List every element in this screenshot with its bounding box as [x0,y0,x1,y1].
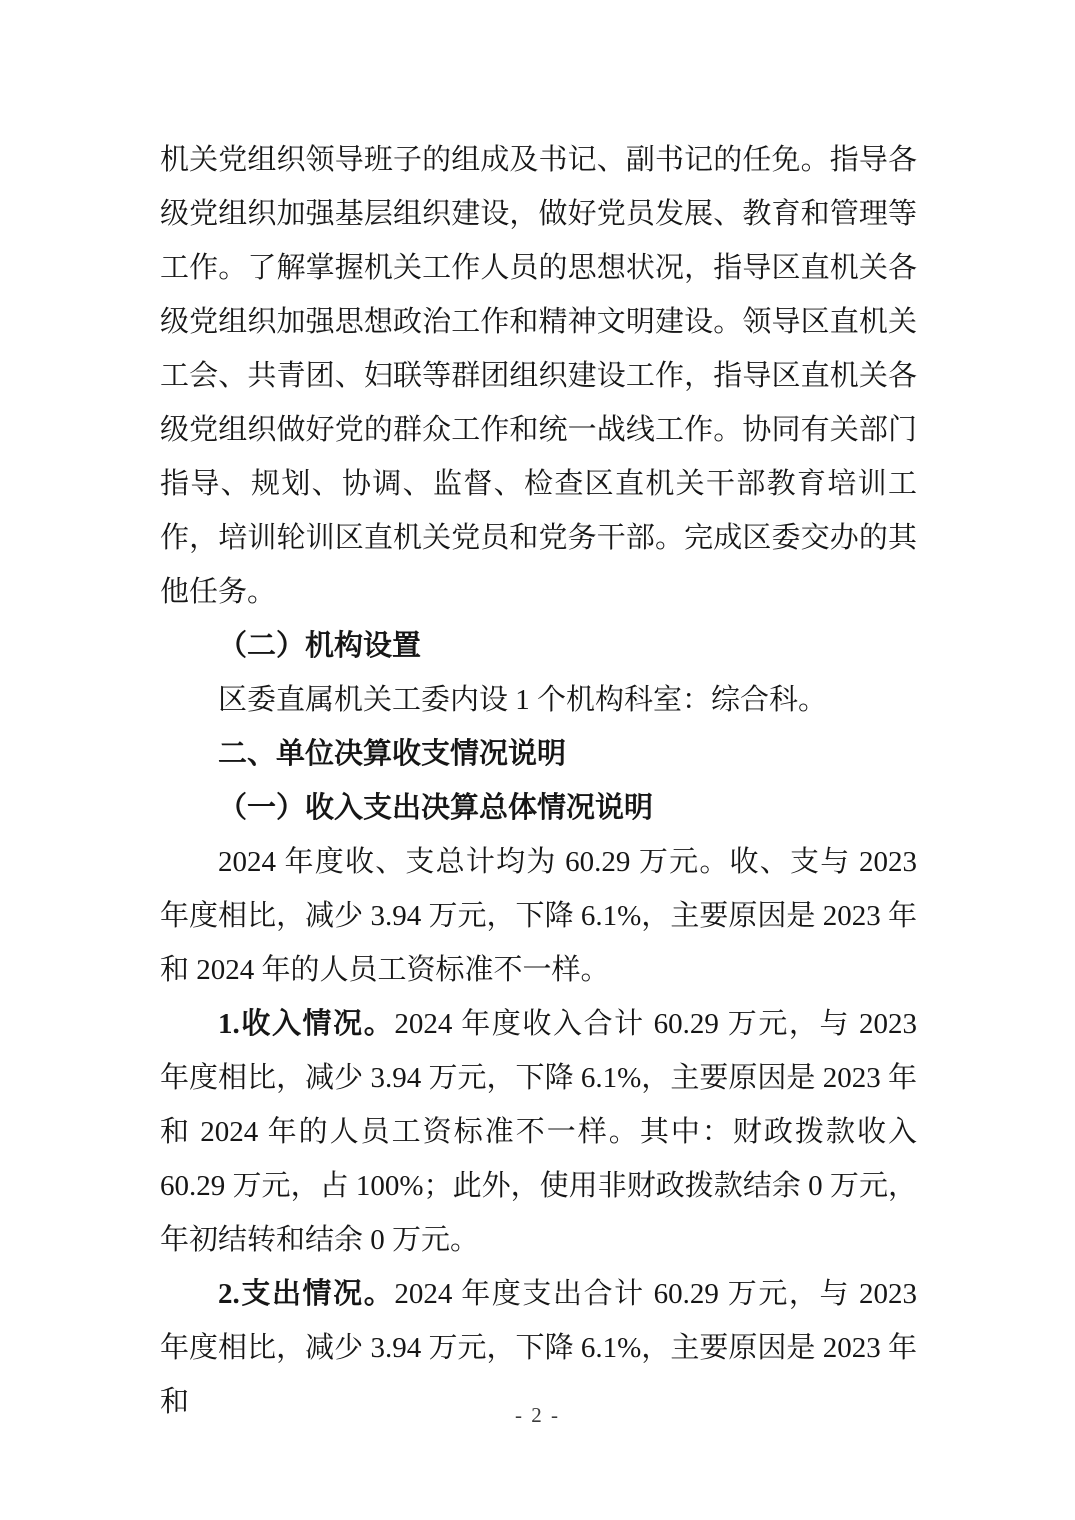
income-paragraph-body: 2024 年度收入合计 60.29 万元，与 2023 年度相比，减少 3.94… [160,1008,917,1256]
paragraph-duties-continuation: 机关党组织领导班子的组成及书记、副书记的任免。指导各级党组织加强基层组织建设，做… [160,133,917,619]
income-paragraph-lead: 1.收入情况。 [218,1008,394,1040]
expense-paragraph-lead: 2.支出情况。 [218,1278,394,1310]
paragraph-overview: 2024 年度收、支总计均为 60.29 万元。收、支与 2023 年度相比，减… [160,835,917,997]
page-number: - 2 - [0,1402,1075,1428]
paragraph-income: 1.收入情况。2024 年度收入合计 60.29 万元，与 2023 年度相比，… [160,997,917,1267]
heading-section-2: 二、单位决算收支情况说明 [160,727,917,781]
heading-subsection-1: （一）收入支出决算总体情况说明 [160,781,917,835]
document-page: 机关党组织领导班子的组成及书记、副书记的任免。指导各级党组织加强基层组织建设，做… [0,0,1075,1520]
heading-org-setup: （二）机构设置 [160,619,917,673]
paragraph-org-setup: 区委直属机关工委内设 1 个机构科室：综合科。 [160,673,917,727]
document-body: 机关党组织领导班子的组成及书记、副书记的任免。指导各级党组织加强基层组织建设，做… [160,133,917,1429]
